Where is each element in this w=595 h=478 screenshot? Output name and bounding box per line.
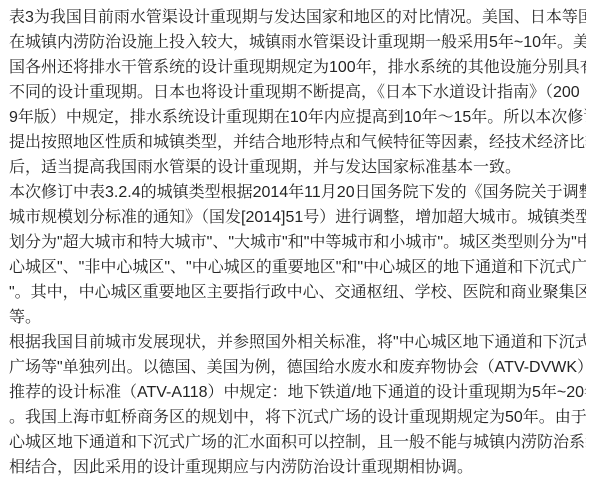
text-line: 心城区"、"非中心城区"、"中心城区的重要地区"和"中心城区的地下通道和下沉式广… xyxy=(9,255,586,280)
text-line: 本次修订中表3.2.4的城镇类型根据2014年11月20日国务院下发的《国务院关… xyxy=(9,180,586,205)
text-line: 提出按照地区性质和城镇类型，并结合地形特点和气候特征等因素，经技术经济比较 xyxy=(9,130,586,155)
text-line: 在城镇内涝防治设施上投入较大，城镇雨水管渠设计重现期一般采用5年~10年。美 xyxy=(9,30,586,55)
text-line: 等。 xyxy=(9,305,586,330)
paragraph-city-type-adjustment: 本次修订中表3.2.4的城镇类型根据2014年11月20日国务院下发的《国务院关… xyxy=(9,180,586,330)
text-line: "。其中，中心城区重要地区主要指行政中心、交通枢纽、学校、医院和商业聚集区 xyxy=(9,280,586,305)
text-line: 城市规模划分标准的通知》（国发[2014]51号）进行调整，增加超大城市。城镇类… xyxy=(9,205,586,230)
text-line: 推荐的设计标准（ATV-A118）中规定：地下铁道/地下通道的设计重现期为5年~… xyxy=(9,380,586,405)
text-line: 广场等"单独列出。以德国、美国为例，德国给水废水和废弃物协会（ATV-DVWK） xyxy=(9,355,586,380)
text-line: 9年版）中规定，排水系统设计重现期在10年内应提高到10年～15年。所以本次修订 xyxy=(9,105,586,130)
paragraph-comparison-with-developed-countries: 表3为我国目前雨水管渠设计重现期与发达国家和地区的对比情况。美国、日本等国 在城… xyxy=(9,5,586,180)
text-line: 根据我国目前城市发展现状，并参照国外相关标准，将"中心城区地下通道和下沉式 xyxy=(9,330,586,355)
text-line: 不同的设计重现期。日本也将设计重现期不断提高，《日本下水道设计指南》（200 xyxy=(9,80,586,105)
text-line: 划分为"超大城市和特大城市"、"大城市"和"中等城市和小城市"。城区类型则分为"… xyxy=(9,230,586,255)
paragraph-underground-passage-standards: 根据我国目前城市发展现状，并参照国外相关标准，将"中心城区地下通道和下沉式 广场… xyxy=(9,330,586,478)
text-line: 。我国上海市虹桥商务区的规划中，将下沉式广场的设计重现期规定为50年。由于中 xyxy=(9,405,586,430)
text-line: 后，适当提高我国雨水管渠的设计重现期，并与发达国家标准基本一致。 xyxy=(9,155,586,180)
text-line: 国各州还将排水干管系统的设计重现期规定为100年，排水系统的其他设施分别具有 xyxy=(9,55,586,80)
text-line: 相结合，因此采用的设计重现期应与内涝防治设计重现期相协调。 xyxy=(9,455,586,478)
text-line: 表3为我国目前雨水管渠设计重现期与发达国家和地区的对比情况。美国、日本等国 xyxy=(9,5,586,30)
text-line: 心城区地下通道和下沉式广场的汇水面积可以控制，且一般不能与城镇内涝防治系统 xyxy=(9,430,586,455)
document-body: 表3为我国目前雨水管渠设计重现期与发达国家和地区的对比情况。美国、日本等国 在城… xyxy=(0,0,595,478)
